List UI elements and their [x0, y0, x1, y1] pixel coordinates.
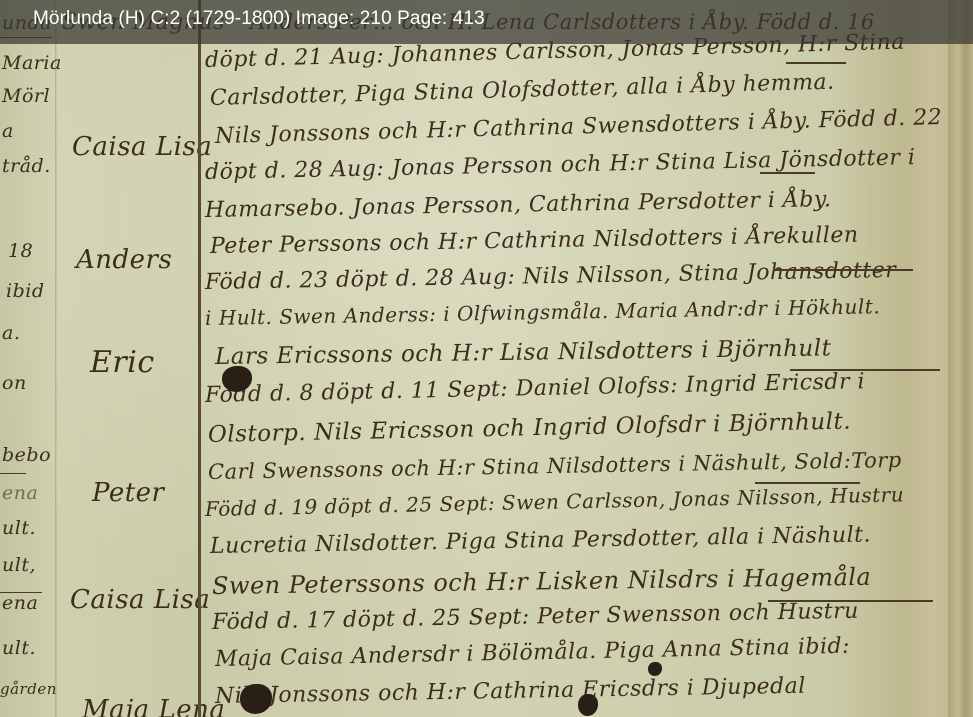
entry-line: Född d. 19 döpt d. 25 Sept: Swen Carlsso…	[205, 482, 905, 521]
margin-underline	[0, 473, 26, 474]
entry-line: Maja Caisa Andersdr i Bölömåla. Piga Ann…	[215, 634, 850, 672]
entry-line: Lars Ericssons och H:r Lisa Nilsdotters …	[215, 335, 832, 370]
place-underline	[755, 482, 860, 484]
margin-fragment: ult.	[2, 517, 36, 539]
margin-fragment: Mörl	[2, 85, 50, 107]
page-fold	[55, 0, 57, 717]
child-name: Peter	[92, 478, 164, 508]
margin-fragment: a.	[2, 322, 20, 344]
child-name: Maja Lena	[82, 695, 225, 717]
image-caption: Mörlunda (H) C:2 (1729-1800) Image: 210 …	[33, 8, 485, 30]
margin-fragment: ult.	[2, 637, 36, 659]
child-name: Caisa Lisa	[72, 132, 212, 162]
entry-line: i Hult. Swen Anderss: i Olfwingsmåla. Ma…	[205, 294, 881, 330]
margin-fragment: on	[2, 372, 27, 394]
margin-fragment: ibid	[6, 280, 44, 302]
margin-fragment: Maria	[2, 52, 62, 74]
entry-line: Swen Peterssons och H:r Lisken Nilsdrs i…	[212, 563, 872, 600]
ink-blot	[578, 694, 598, 716]
margin-fragment: tråd.	[2, 155, 51, 177]
entry-line: Olstorp. Nils Ericsson och Ingrid Olofsd…	[208, 409, 852, 448]
place-underline	[768, 600, 933, 602]
margin-fragment: a	[2, 120, 14, 142]
margin-fragment: bebo	[2, 444, 51, 466]
margin-fragment: ult,	[2, 554, 36, 576]
entry-line: Hamarsebo. Jonas Persson, Cathrina Persd…	[205, 187, 832, 223]
entry-line: Nils Jonssons och H:r Cathrina Swensdott…	[215, 105, 943, 149]
entry-line: Carl Swenssons och H:r Stina Nilsdotters…	[208, 448, 902, 484]
book-binding-edge	[948, 0, 973, 717]
ink-blot	[240, 684, 272, 714]
margin-fragment: ena	[2, 592, 38, 614]
entry-line: Född d. 23 döpt d. 28 Aug: Nils Nilsson,…	[205, 258, 897, 295]
scanned-register-page: unda Maria Mörl a tråd. 18 ibid a. on be…	[0, 0, 973, 717]
place-underline	[773, 269, 913, 271]
entry-line: Carlsdotter, Piga Stina Olofsdotter, all…	[210, 70, 835, 111]
place-underline	[760, 172, 815, 174]
entry-line: Peter Perssons och H:r Cathrina Nilsdott…	[210, 223, 859, 259]
entry-line: Lucretia Nilsdotter. Piga Stina Persdott…	[210, 522, 871, 559]
margin-fragment: ena	[2, 482, 38, 504]
margin-fragment: 18	[8, 240, 33, 262]
margin-underline	[0, 592, 42, 593]
image-caption-bar: Mörlunda (H) C:2 (1729-1800) Image: 210 …	[0, 0, 973, 44]
child-name: Anders	[76, 245, 172, 275]
entry-line: Nils Jonssons och H:r Cathrina Ericsdrs …	[215, 674, 806, 709]
entry-line: Född d. 17 döpt d. 25 Sept: Peter Swenss…	[212, 599, 859, 635]
child-name: Caisa Lisa	[70, 585, 210, 615]
entry-line: döpt d. 28 Aug: Jonas Persson och H:r St…	[205, 145, 916, 185]
place-underline	[790, 369, 940, 371]
entry-line: Född d. 8 döpt d. 11 Sept: Daniel Olofss…	[205, 369, 866, 408]
ink-blot	[648, 662, 662, 676]
place-underline	[786, 62, 846, 64]
column-rule	[198, 0, 201, 717]
margin-fragment: gården	[0, 680, 57, 698]
child-name: Eric	[90, 345, 155, 380]
